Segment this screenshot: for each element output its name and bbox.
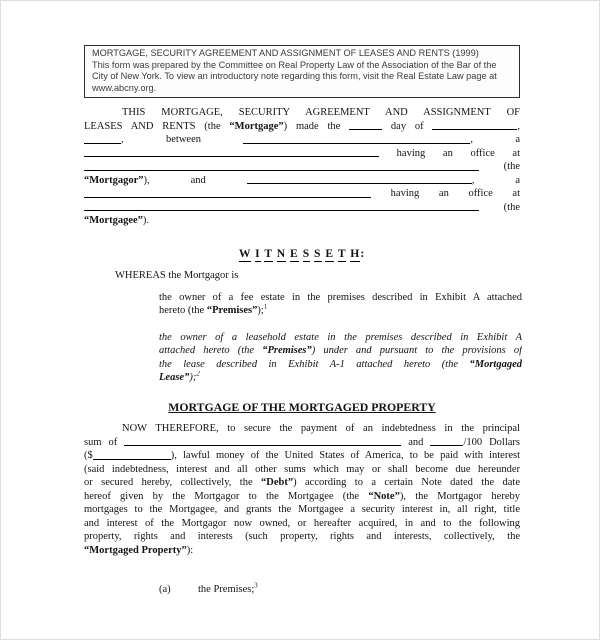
granting-text: hereof given by the Mortgagor to the Mor… — [84, 491, 368, 502]
granting-text: ): — [187, 545, 193, 556]
defined-term-premises: “Premises” — [262, 345, 312, 356]
opening-text: , — [517, 121, 520, 132]
defined-term-mortgagee: “Mortgagee” — [84, 215, 143, 226]
opening-text: (the — [504, 161, 520, 172]
opening-line-5: (the — [84, 160, 520, 174]
section-heading: MORTGAGE OF THE MORTGAGED PROPERTY — [84, 401, 520, 415]
document-page: MORTGAGE, SECURITY AGREEMENT AND ASSIGNM… — [0, 0, 600, 640]
opening-text: LEASES AND RENTS (the — [84, 121, 229, 132]
granting-line-8: and interest of the Mortgagor now owned,… — [84, 517, 520, 531]
opening-paragraph: THIS MORTGAGE, SECURITY AGREEMENT AND AS… — [84, 106, 520, 228]
recital-text: attached hereto (the — [159, 345, 262, 356]
granting-text: and interest of the Mortgagor now owned,… — [84, 518, 520, 529]
granting-text: mortgages to the Mortgagee, and grants t… — [84, 504, 520, 515]
opening-line-8: (the — [84, 201, 520, 215]
opening-line-7: having an office at — [84, 187, 520, 201]
granting-text: ) according to a certain Note dated the … — [293, 477, 520, 488]
opening-text: ). — [143, 215, 149, 226]
opening-text: day of — [391, 121, 424, 132]
opening-line-3: , between , a — [84, 133, 520, 147]
blank-field — [243, 143, 470, 144]
defined-term-note: “Note” — [368, 491, 400, 502]
notice-box: MORTGAGE, SECURITY AGREEMENT AND ASSIGNM… — [84, 45, 520, 98]
opening-line-4: having an office at — [84, 147, 520, 161]
granting-line-1: NOW THEREFORE, to secure the payment of … — [84, 422, 520, 436]
blank-field — [432, 129, 517, 130]
footnote-ref-1: 1 — [264, 304, 267, 311]
granting-text: property, rights and interests (such pro… — [84, 531, 520, 542]
opening-line-1: THIS MORTGAGE, SECURITY AGREEMENT AND AS… — [84, 106, 520, 120]
opening-text: THIS MORTGAGE, SECURITY AGREEMENT AND AS… — [122, 107, 520, 118]
blank-field — [84, 210, 479, 211]
defined-term-premises: “Premises” — [207, 305, 258, 316]
defined-term-mortgage: “Mortgage” — [229, 121, 283, 132]
blank-field — [124, 445, 401, 446]
opening-text: ), and — [143, 175, 205, 186]
leasehold-recital: the owner of a leasehold estate in the p… — [159, 331, 522, 385]
footnote-ref-2: 2 — [196, 371, 199, 378]
witnesseth-letters: W I T N E S S E T H — [239, 247, 361, 262]
granting-text: sum of — [84, 437, 117, 448]
granting-text: (said indebtedness, interest and all oth… — [84, 464, 520, 475]
granting-line-4: (said indebtedness, interest and all oth… — [84, 463, 520, 477]
witnesseth-heading: W I T N E S S E T H: — [84, 247, 520, 261]
whereas-clause: WHEREAS the Mortgagor is — [84, 269, 520, 283]
recital-text: hereto (the — [159, 305, 207, 316]
recital-text: the owner of a leasehold estate in the p… — [159, 332, 522, 343]
defined-term-mortgaged-lease: Lease” — [159, 372, 189, 383]
blank-field — [349, 129, 382, 130]
opening-text: a — [515, 175, 520, 186]
section-heading-text: MORTGAGE OF THE MORTGAGED PROPERTY — [168, 400, 435, 414]
recital-text: the lease described in Exhibit A-1 attac… — [159, 359, 470, 370]
granting-text: ), lawful money of the United States of … — [171, 450, 520, 461]
opening-text: having an office at — [397, 148, 520, 159]
granting-clause: NOW THEREFORE, to secure the payment of … — [84, 422, 520, 557]
notice-note: This form was prepared by the Committee … — [92, 60, 513, 95]
blank-field — [84, 156, 379, 157]
defined-term-mortgagor: “Mortgagor” — [84, 175, 143, 186]
granting-text: and — [408, 437, 423, 448]
granting-text: NOW THEREFORE, to secure the payment of … — [122, 423, 520, 434]
whereas-text: WHEREAS the Mortgagor is — [115, 270, 238, 281]
recital-line: Lease”);2 — [159, 371, 522, 385]
opening-line-6: “Mortgagor”), and , a — [84, 174, 520, 188]
clause-a-label: (a) — [159, 583, 198, 597]
opening-text: (the — [504, 202, 520, 213]
blank-field — [430, 445, 463, 446]
blank-field — [247, 183, 472, 184]
granting-text: ), the Mortgagor hereby — [400, 491, 520, 502]
recital-text: the owner of a fee estate in the premise… — [159, 292, 522, 303]
recital-line: the lease described in Exhibit A-1 attac… — [159, 358, 522, 372]
opening-text: , — [470, 134, 473, 145]
granting-text: ($ — [84, 450, 93, 461]
granting-line-10: “Mortgaged Property”): — [84, 544, 520, 558]
defined-term-mortgaged-property: “Mortgaged Property” — [84, 545, 187, 556]
recital-text: ) under and pursuant to the provisions o… — [312, 345, 522, 356]
clause-a-text: the Premises; — [198, 584, 254, 595]
opening-text: , — [472, 175, 475, 186]
opening-text: having an office at — [391, 188, 520, 199]
recital-line: the owner of a leasehold estate in the p… — [159, 331, 522, 345]
blank-field — [84, 197, 371, 198]
opening-text: ) made the — [284, 121, 341, 132]
witnesseth-colon: : — [360, 247, 365, 260]
blank-field — [84, 170, 479, 171]
granting-line-3: ($), lawful money of the United States o… — [84, 449, 520, 463]
granting-line-5: or secured hereby, collectively, the “De… — [84, 476, 520, 490]
granting-text: or secured hereby, collectively, the — [84, 477, 261, 488]
granting-line-9: property, rights and interests (such pro… — [84, 530, 520, 544]
opening-text: a — [515, 134, 520, 145]
recital-line: the owner of a fee estate in the premise… — [159, 291, 522, 305]
granting-text: /100 Dollars — [463, 437, 520, 448]
opening-text: between — [166, 134, 201, 145]
granting-line-2: sum of and /100 Dollars — [84, 436, 520, 450]
opening-line-9: “Mortgagee”). — [84, 214, 520, 228]
clause-a: (a)the Premises;3 — [159, 583, 520, 597]
granting-line-6: hereof given by the Mortgagor to the Mor… — [84, 490, 520, 504]
blank-field — [93, 459, 171, 460]
fee-estate-recital: the owner of a fee estate in the premise… — [159, 291, 522, 318]
recital-line: hereto (the “Premises”);1 — [159, 304, 522, 318]
opening-text: , — [121, 134, 124, 145]
granting-line-7: mortgages to the Mortgagee, and grants t… — [84, 503, 520, 517]
opening-line-2: LEASES AND RENTS (the “Mortgage”) made t… — [84, 120, 520, 134]
blank-field — [84, 143, 121, 144]
defined-term-debt: “Debt” — [261, 477, 293, 488]
footnote-ref-3: 3 — [254, 583, 257, 590]
recital-line: attached hereto (the “Premises”) under a… — [159, 344, 522, 358]
notice-title: MORTGAGE, SECURITY AGREEMENT AND ASSIGNM… — [92, 48, 513, 60]
defined-term-mortgaged-lease: “Mortgaged — [470, 359, 523, 370]
